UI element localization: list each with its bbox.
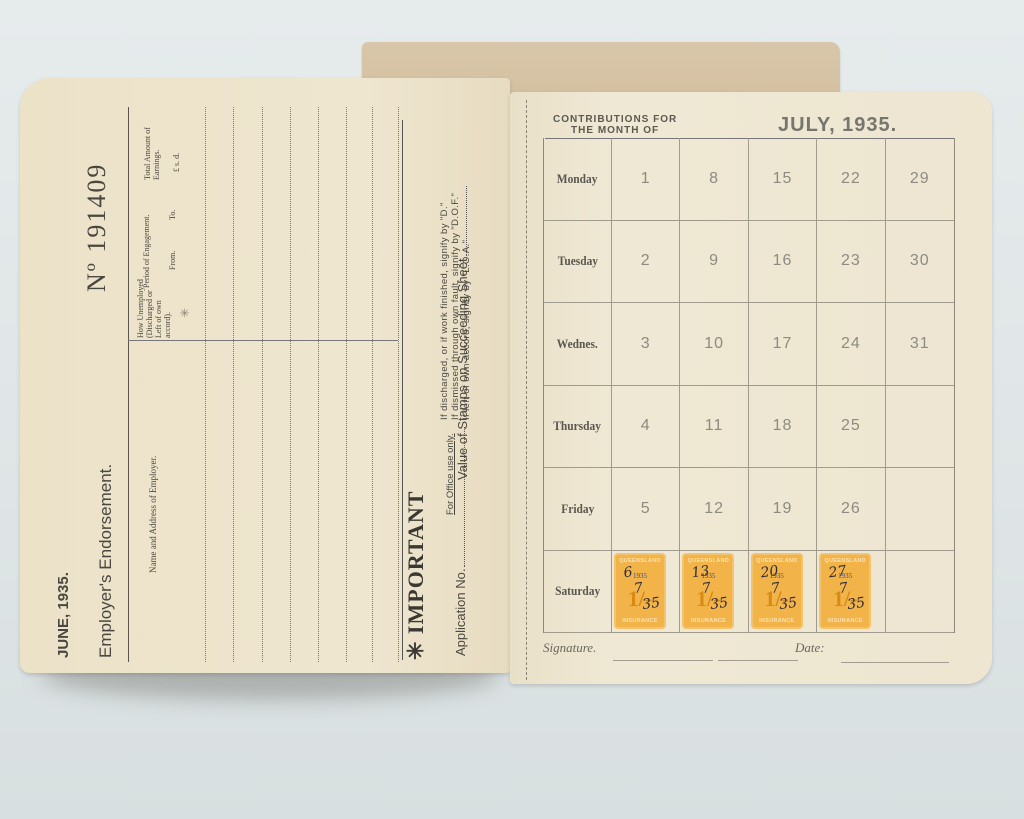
date-number: 5 bbox=[641, 500, 651, 518]
application-number-label: Application No. bbox=[453, 569, 468, 656]
important-note-discharged: If discharged, or if work finished, sign… bbox=[439, 193, 450, 420]
day-label: Thursday bbox=[554, 418, 602, 434]
date-cell: 30 bbox=[886, 221, 954, 304]
date-cell: 26 bbox=[817, 468, 885, 551]
hand-year: 35 bbox=[833, 594, 867, 615]
employer-column-header: Name and Address of Employer. bbox=[148, 456, 158, 573]
month-title: JULY, 1935. bbox=[778, 114, 897, 137]
date-number: 30 bbox=[910, 252, 930, 270]
date-line bbox=[841, 662, 949, 663]
date-number: 16 bbox=[773, 252, 793, 270]
date-number: 1 bbox=[641, 170, 651, 188]
stamp-cell: QUEENSLAND 1935 1/- INSURANCE 6 7 35 bbox=[612, 551, 680, 634]
contributions-label-line1: CONTRIBUTIONS FOR bbox=[553, 114, 677, 125]
day-label: Saturday bbox=[555, 583, 600, 599]
period-label: JUNE, 1935. bbox=[55, 572, 72, 658]
day-label: Wednes. bbox=[557, 336, 598, 352]
hand-year: 35 bbox=[627, 594, 661, 615]
total-earnings-header: Total Amount of Earnings. bbox=[143, 120, 161, 180]
section-title: Employer's Endorsement. bbox=[96, 464, 116, 658]
date-cell: 29 bbox=[886, 138, 954, 221]
table-header-rule bbox=[128, 340, 398, 341]
column-divider bbox=[262, 107, 263, 662]
date-label: Date: bbox=[795, 640, 825, 656]
date-number: 26 bbox=[841, 500, 861, 518]
period-engagement-header: Period of Engagement. bbox=[142, 214, 151, 288]
day-label-cell: Monday bbox=[544, 138, 612, 221]
date-cell: 11 bbox=[680, 386, 748, 469]
important-heading: ✳ IMPORTANT bbox=[403, 491, 429, 660]
day-label-cell: Tuesday bbox=[544, 221, 612, 304]
section-rule bbox=[128, 107, 129, 662]
day-label: Tuesday bbox=[557, 253, 597, 269]
date-cell: 19 bbox=[749, 468, 817, 551]
handwritten-date: 20 7 35 bbox=[759, 561, 798, 616]
asterisk-icon: ✳ bbox=[178, 308, 193, 318]
date-cell: 5 bbox=[612, 468, 680, 551]
stamp-cell: QUEENSLAND 1935 1/- INSURANCE 20 7 35 bbox=[749, 551, 817, 634]
date-number: 9 bbox=[709, 252, 719, 270]
insurance-stamp: QUEENSLAND 1935 1/- INSURANCE 13 7 35 bbox=[684, 555, 732, 627]
date-cell bbox=[886, 386, 954, 469]
date-cell: 31 bbox=[886, 303, 954, 386]
contribution-calendar: Monday 1 8 15 22 29 Tuesday 2 9 16 23 30… bbox=[543, 138, 955, 633]
hand-year: 35 bbox=[696, 594, 730, 615]
date-cell: 25 bbox=[817, 386, 885, 469]
signature-line bbox=[718, 660, 798, 661]
insurance-stamp: QUEENSLAND 1935 1/- INSURANCE 27 7 35 bbox=[821, 555, 869, 627]
signature-label: Signature. bbox=[543, 640, 596, 656]
date-cell: 2 bbox=[612, 221, 680, 304]
date-number: 25 bbox=[841, 417, 861, 435]
column-divider bbox=[318, 107, 319, 662]
date-cell: 17 bbox=[749, 303, 817, 386]
date-cell: 23 bbox=[817, 221, 885, 304]
date-cell: 16 bbox=[749, 221, 817, 304]
date-cell: 4 bbox=[612, 386, 680, 469]
date-number: 31 bbox=[910, 335, 930, 353]
date-cell bbox=[886, 468, 954, 551]
day-label-cell: Thursday bbox=[544, 386, 612, 469]
stamp-type: INSURANCE bbox=[691, 618, 726, 624]
date-number: 15 bbox=[773, 170, 793, 188]
stamp-type: INSURANCE bbox=[622, 618, 657, 624]
column-divider bbox=[290, 107, 291, 662]
date-cell: 22 bbox=[817, 138, 885, 221]
value-of-stamps-label: Value of Stamps on Succeeding Sheet bbox=[455, 258, 470, 480]
date-number: 2 bbox=[641, 252, 651, 270]
column-divider bbox=[346, 107, 347, 662]
date-number: 23 bbox=[841, 252, 861, 270]
contributions-label-line2: THE MONTH OF bbox=[553, 125, 677, 136]
stamp-cell: QUEENSLAND 1935 1/- INSURANCE 13 7 35 bbox=[680, 551, 748, 634]
date-number: 18 bbox=[773, 417, 793, 435]
insurance-stamp: QUEENSLAND 1935 1/- INSURANCE 6 7 35 bbox=[616, 555, 664, 627]
day-label-cell: Wednes. bbox=[544, 303, 612, 386]
column-divider bbox=[233, 107, 234, 662]
day-label-cell: Saturday bbox=[544, 551, 612, 634]
day-label-cell: Friday bbox=[544, 468, 612, 551]
date-number: 12 bbox=[704, 500, 724, 518]
date-number: 24 bbox=[841, 335, 861, 353]
date-number: 17 bbox=[773, 335, 793, 353]
to-header: To. bbox=[168, 210, 177, 220]
date-number: 4 bbox=[641, 417, 651, 435]
column-divider bbox=[398, 107, 399, 662]
currency-header: £ s. d. bbox=[172, 153, 181, 172]
handwritten-date: 6 7 35 bbox=[623, 561, 662, 616]
handwritten-date: 13 7 35 bbox=[691, 561, 730, 616]
day-label: Monday bbox=[557, 171, 598, 187]
date-cell: 3 bbox=[612, 303, 680, 386]
perforation-line bbox=[526, 100, 527, 680]
contributions-label: CONTRIBUTIONS FOR THE MONTH OF bbox=[553, 114, 677, 136]
date-cell: 15 bbox=[749, 138, 817, 221]
date-number: 11 bbox=[705, 417, 724, 435]
serial-number: Nº 191409 bbox=[82, 163, 112, 292]
date-cell: 1 bbox=[612, 138, 680, 221]
insurance-stamp: QUEENSLAND 1935 1/- INSURANCE 20 7 35 bbox=[753, 555, 801, 627]
stamp-cell: QUEENSLAND 1935 1/- INSURANCE 27 7 35 bbox=[817, 551, 885, 634]
date-cell: 12 bbox=[680, 468, 748, 551]
date-number: 19 bbox=[773, 500, 793, 518]
date-cell: 10 bbox=[680, 303, 748, 386]
column-divider bbox=[372, 107, 373, 662]
column-divider bbox=[205, 107, 206, 662]
stamp-type: INSURANCE bbox=[827, 618, 862, 624]
date-number: 3 bbox=[641, 335, 651, 353]
value-of-stamps-field: Value of Stamps on Succeeding Sheet bbox=[455, 186, 470, 480]
date-number: 10 bbox=[704, 335, 724, 353]
handwritten-date: 27 7 35 bbox=[828, 561, 867, 616]
hand-year: 35 bbox=[764, 594, 798, 615]
stamp-type: INSURANCE bbox=[759, 618, 794, 624]
value-of-stamps-blank bbox=[466, 186, 467, 256]
date-cell: 24 bbox=[817, 303, 885, 386]
date-number: 29 bbox=[910, 170, 930, 188]
signature-line bbox=[613, 660, 713, 661]
date-cell: 18 bbox=[749, 386, 817, 469]
empty-cell bbox=[886, 551, 954, 634]
date-number: 22 bbox=[841, 170, 861, 188]
day-label: Friday bbox=[561, 501, 594, 517]
from-header: From. bbox=[168, 251, 177, 270]
date-cell: 8 bbox=[680, 138, 748, 221]
date-cell: 9 bbox=[680, 221, 748, 304]
date-number: 8 bbox=[709, 170, 719, 188]
